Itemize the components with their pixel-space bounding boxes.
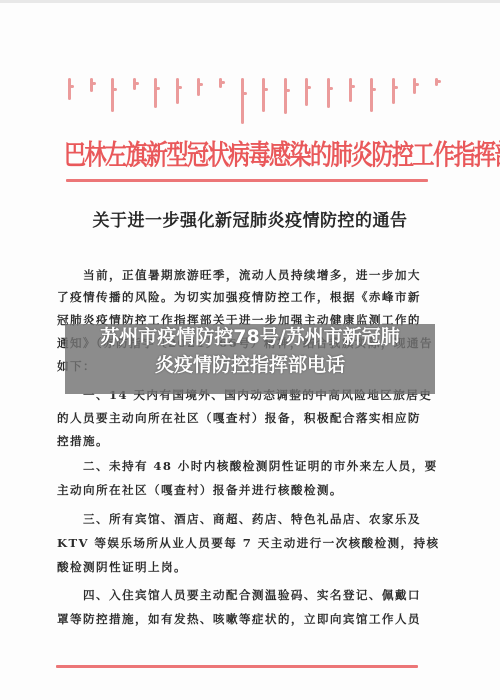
paragraph-line: 罩等防控措施，如有发热、咳嗽等症状的，立即向宾馆工作人员 (57, 609, 437, 630)
mongolian-script-header (68, 78, 438, 128)
paragraph-line: 二、未持有 48 小时内核酸检测阴性证明的市外来左人员，要 (57, 456, 437, 477)
issuing-organization-title: 巴林左旗新型冠状病毒感染的肺炎防控工作指挥部办公室 (64, 134, 436, 173)
paragraph-line: 的人员要主动向所在社区（嘎查村）报备，积极配合落实相应防 (57, 408, 437, 429)
paragraph-line: 四、入住宾馆人员要主动配合测温验码、实名登记、佩戴口 (57, 585, 437, 606)
header-red-rule (66, 179, 428, 182)
mongolian-glyph (370, 78, 373, 112)
paragraph-line: 了疫情传播的风险。为切实加强疫情防控工作，根据《赤峰市新 (57, 287, 437, 308)
footer-red-rule (56, 665, 418, 668)
mongolian-glyph (133, 78, 136, 90)
paragraph-line: 主动向所在社区（嘎查村）报备并进行核酸检测。 (57, 480, 437, 501)
paragraph-line: 当前，正值暑期旅游旺季，流动人员持续增多，进一步加大 (57, 265, 437, 286)
caption-line-1: 苏州市疫情防控78号/苏州市新冠肺 (65, 323, 435, 351)
mongolian-glyph (176, 78, 179, 104)
mongolian-glyph (305, 78, 308, 106)
mongolian-glyph (413, 78, 416, 94)
mongolian-glyph (392, 78, 395, 104)
mongolian-glyph (349, 78, 352, 102)
mongolian-glyph (284, 78, 287, 114)
mongolian-glyph (327, 78, 330, 108)
caption-overlay-text: 苏州市疫情防控78号/苏州市新冠肺 炎疫情防控指挥部电话 (65, 323, 435, 379)
mongolian-glyph (262, 78, 265, 112)
mongolian-glyph (154, 78, 157, 108)
mongolian-glyph (90, 78, 93, 92)
mongolian-glyph (435, 78, 438, 86)
paragraph-line: KTV 等娱乐场所从业人员要每 7 天主动进行一次核酸检测，持核 (57, 533, 437, 554)
mongolian-glyph (219, 78, 222, 88)
mongolian-glyph (241, 78, 244, 124)
caption-line-2: 炎疫情防控指挥部电话 (65, 351, 435, 379)
mongolian-glyph (197, 78, 200, 96)
paragraph-line: 控措施。 (57, 431, 437, 452)
mongolian-glyph (68, 78, 71, 100)
mongolian-glyph (111, 78, 114, 112)
paragraph-line: 三、所有宾馆、酒店、商超、药店、特色礼品店、农家乐及 (57, 509, 437, 530)
paragraph-line: 酸检测阴性证明上岗。 (57, 557, 437, 578)
notice-title: 关于进一步强化新冠肺炎疫情防控的通告 (0, 206, 500, 231)
